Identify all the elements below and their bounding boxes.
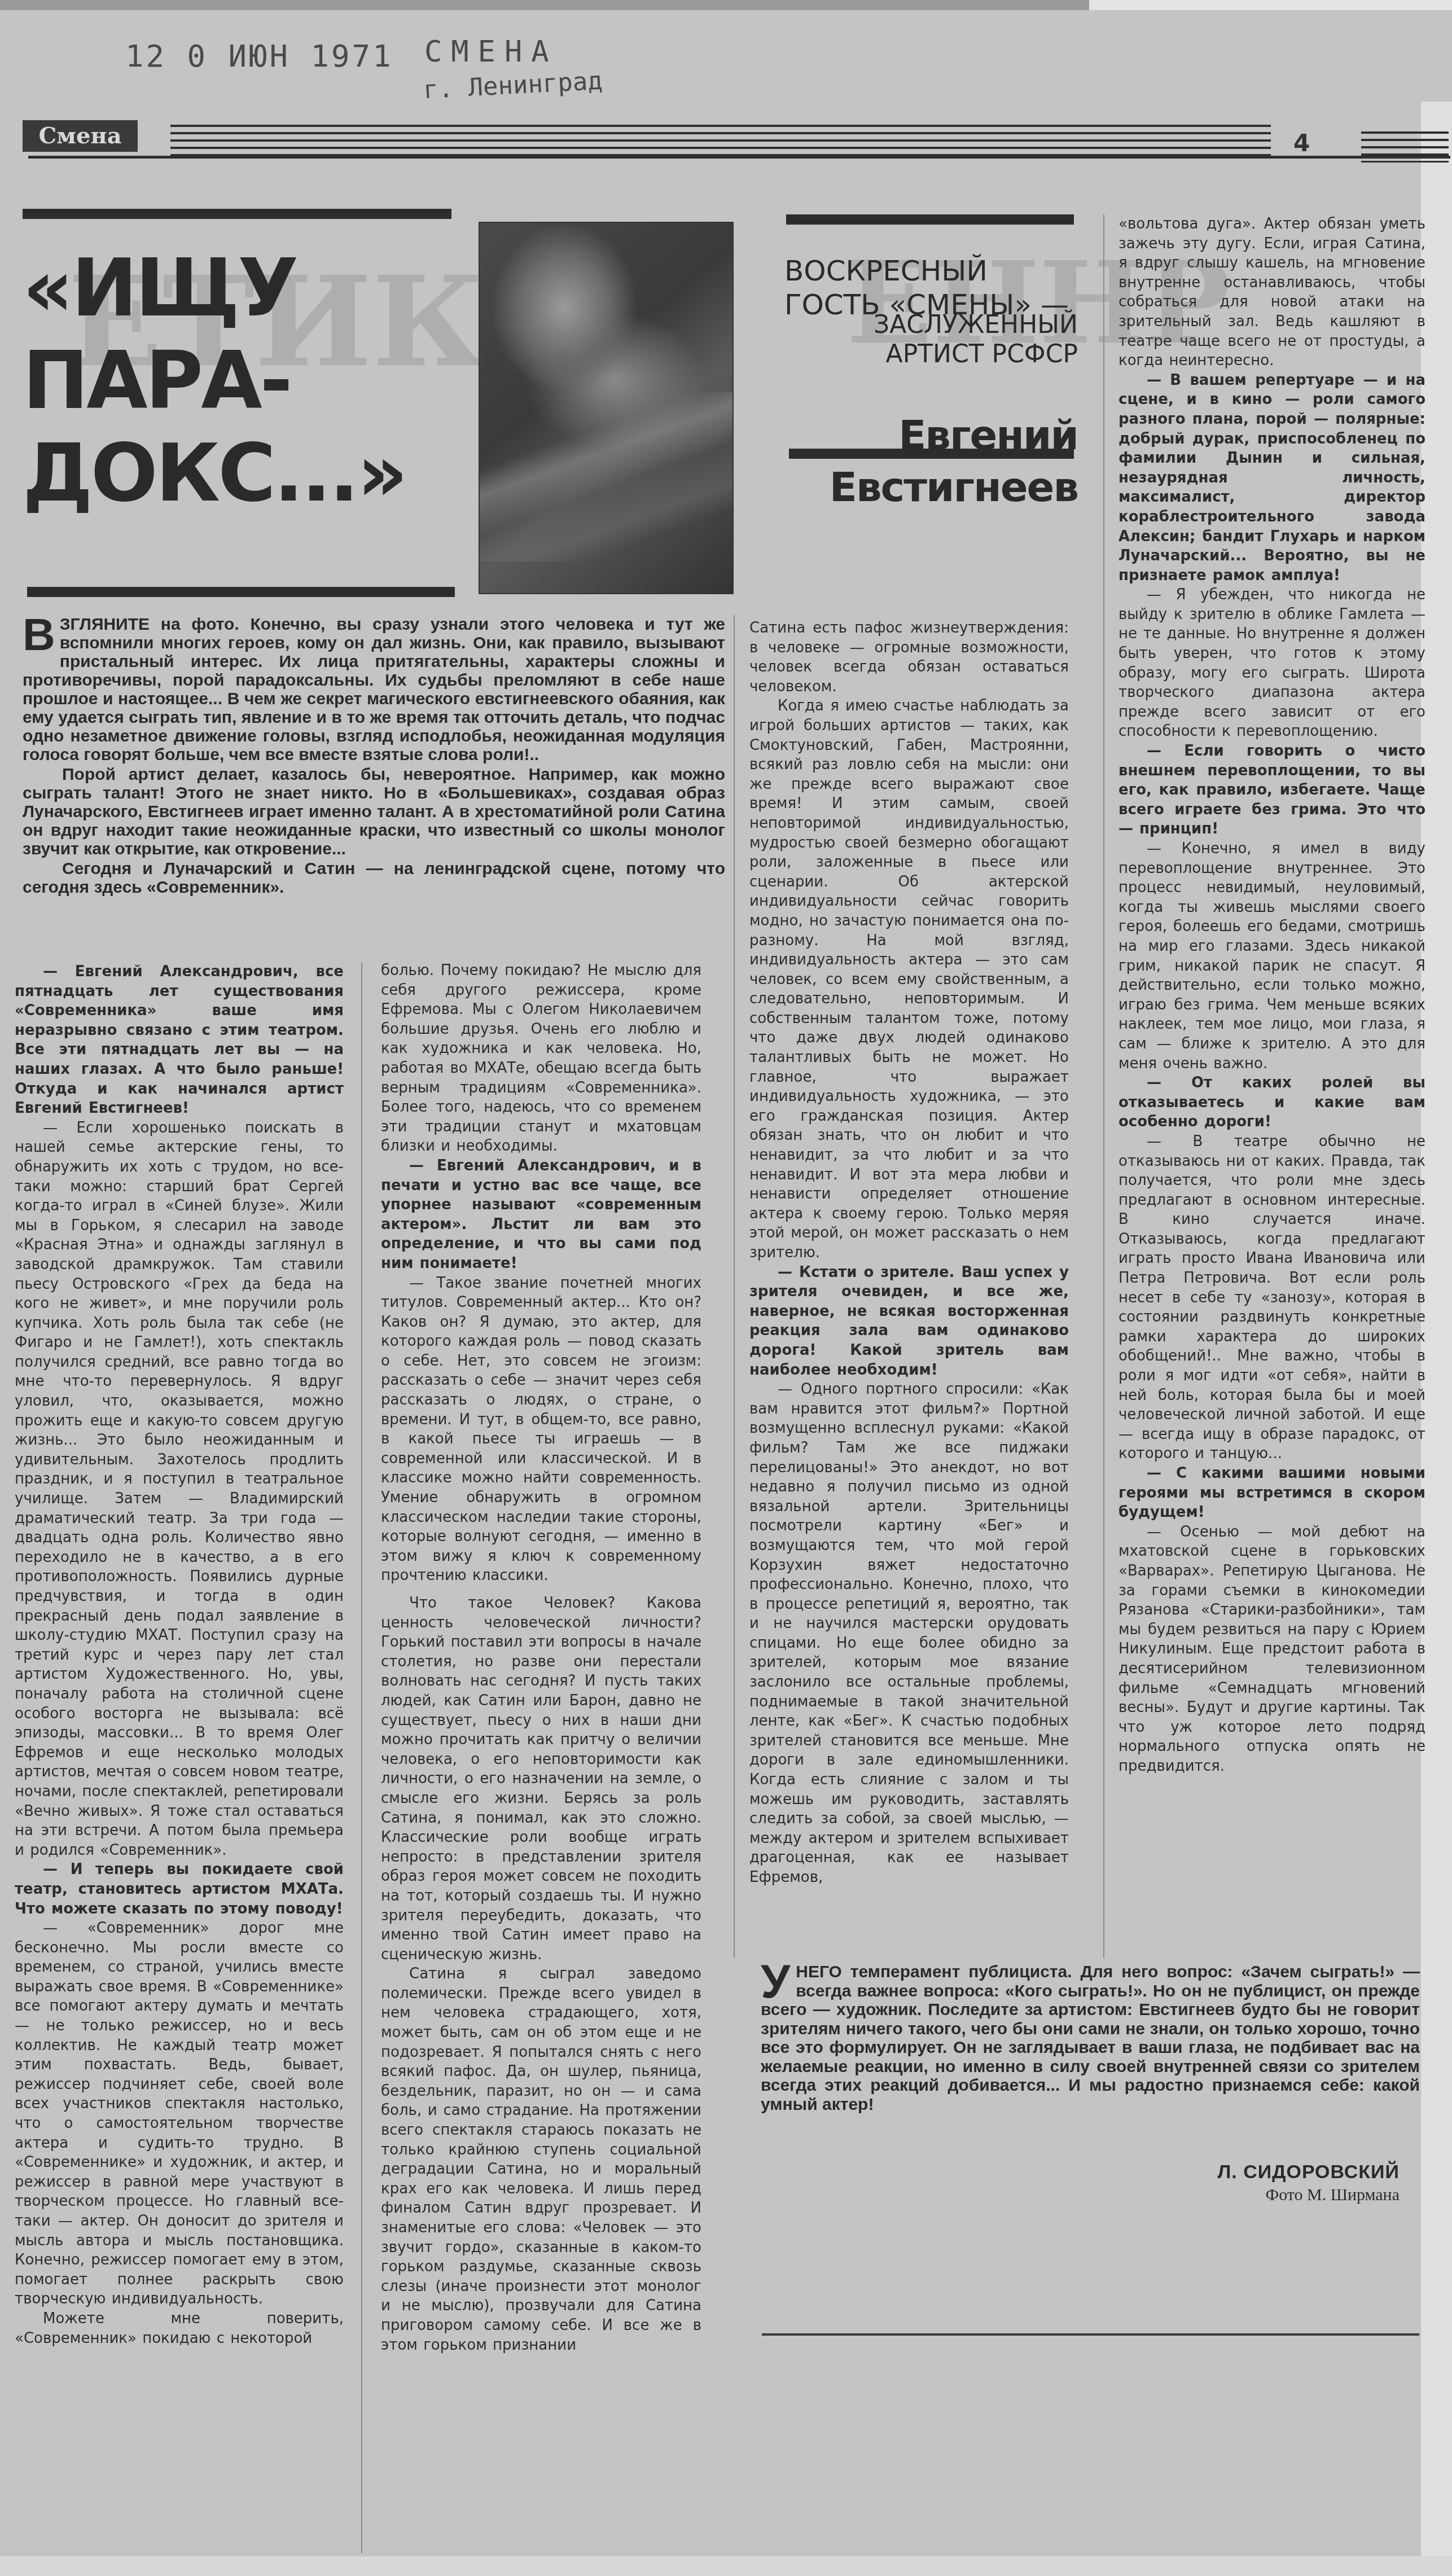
photo-shading [480,392,732,561]
interview-answer: Сатина я сыграл заведомо полемически. Пр… [381,1964,701,2355]
interview-answer: болью. Почему покидаю? Не мыслю для себя… [381,961,701,1156]
guest-name: Евгений Евстигнеев [784,412,1078,510]
conclusion-text: НЕГО темперамент публициста. Для него во… [761,1963,1420,2114]
guest-box-bottom-rule [789,449,1074,459]
interview-question: — Евгений Александрович, и в печати и ус… [381,1156,701,1274]
question-text: — От каких ролей вы отказываетесь и каки… [1118,1074,1425,1130]
archive-newspaper-stamp: СМЕНА [424,35,558,69]
article-intro: ВЗГЛЯНИТЕ на фото. Конечно, вы сразу узн… [23,615,725,898]
interview-answer: — Я убежден, что никогда не выйду к зрит… [1118,585,1425,741]
interview-question: — И теперь вы покидаете свой театр, стан… [15,1860,344,1919]
headline-line: «ИЩУ [23,254,463,324]
scan-top-edge-light [1089,0,1452,10]
intro-paragraph: Порой артист делает, казалось бы, неверо… [23,765,725,858]
interview-question: — С какими вашими новыми героями мы встр… [1118,1464,1425,1522]
scan-bottom-edge [0,2556,1452,2576]
article-headline: «ИЩУ ПАРА- ДОКС...» [23,254,463,509]
interview-answer: — Одного портного спросили: «Как вам нра… [749,1380,1069,1887]
interview-answer: — «Современник» дорог мне бесконечно. Мы… [15,1919,344,2309]
column-divider [361,962,362,2553]
interview-answer: Сатина есть пафос жизнеутверждения: в че… [749,618,1069,696]
interview-answer: — В театре обычно не отказываюсь ни от к… [1118,1132,1425,1464]
intro-paragraph: ВЗГЛЯНИТЕ на фото. Конечно, вы сразу узн… [23,615,725,764]
column-divider [734,615,735,1958]
headline-top-rule [23,209,451,219]
interview-question: — В вашем репертуаре — и на сцене, и в к… [1118,371,1425,586]
article-conclusion: УНЕГО темперамент публициста. Для него в… [761,1963,1420,2114]
interview-question: — Евгений Александрович, все пятнадцать … [15,962,344,1118]
masthead-rule-lines [170,125,1271,160]
article-column-1: — Евгений Александрович, все пятнадцать … [15,962,344,2348]
drop-cap: В [23,615,55,655]
portrait-photo [479,222,734,594]
guest-title: ЗАСЛУЖЕННЫЙ АРТИСТ РСФСР [784,310,1078,369]
headline-line: ДОКС...» [23,439,463,509]
intro-text: ЗГЛЯНИТЕ на фото. Конечно, вы сразу узна… [23,615,725,764]
question-text: — Евгений Александрович, и в печати и ус… [381,1157,701,1272]
scan-top-edge [0,0,1089,10]
article-bottom-rule [762,2333,1419,2336]
question-text: — Кстати о зрителе. Ваш успех у зрителя … [749,1264,1069,1379]
interview-question: — От каких ролей вы отказываетесь и каки… [1118,1073,1425,1132]
article-column-4: «вольтова дуга». Актер обязан уметь заже… [1118,214,1425,1776]
interview-question: — Если говорить о чисто внешнем перевопл… [1118,741,1425,839]
interview-answer: «вольтова дуга». Актер обязан уметь заже… [1118,214,1425,371]
byline: Л. СИДОРОВСКИЙ Фото М. Ширмана [1129,2161,1400,2205]
interview-answer: — Осенью — мой дебют на мхатовской сцене… [1118,1522,1425,1776]
headline-bottom-rule [27,587,455,597]
article-column-2: болью. Почему покидаю? Не мыслю для себя… [381,961,701,2355]
page-number: 4 [1293,129,1310,157]
interview-answer: Когда я имею счастье наблюдать за игрой … [749,696,1069,1262]
newspaper-logo: Смена [23,120,138,152]
scan-right-edge [1421,102,1452,2576]
interview-answer: — Конечно, я имел в виду перевоплощение … [1118,839,1425,1073]
question-text: — Евгений Александрович, все пятнадцать … [15,963,344,1117]
photo-credit: Фото М. Ширмана [1129,2186,1400,2205]
headline-line: ПАРА- [23,346,463,416]
question-text: — С какими вашими новыми героями мы встр… [1118,1465,1425,1521]
interview-answer: — Такое звание почетней многих титулов. … [381,1274,701,1586]
column-divider [1103,214,1104,1958]
archive-date-stamp: 12 0 ИЮН 1971 [125,38,393,74]
guest-box-top-rule [786,214,1074,225]
question-text: — И теперь вы покидаете свой театр, стан… [15,1861,344,1917]
question-text: — Если говорить о чисто внешнем перевопл… [1118,743,1425,837]
drop-cap: У [761,1963,790,2000]
masthead-underline [28,156,1450,159]
interview-answer: — Если хорошенько поискать в нашей семье… [15,1118,344,1860]
guest-last-name: Евстигнеев [784,464,1078,510]
interview-question: — Кстати о зрителе. Ваш успех у зрителя … [749,1263,1069,1380]
article-column-3: Сатина есть пафос жизнеутверждения: в че… [749,618,1069,1888]
author-name: Л. СИДОРОВСКИЙ [1129,2161,1400,2183]
interview-answer: Что такое Человек? Какова ценность челов… [381,1594,701,1964]
page-masthead: Смена 4 [23,120,1450,160]
question-text: — В вашем репертуаре — и на сцене, и в к… [1118,372,1425,584]
intro-paragraph: Сегодня и Луначарский и Сатин — на ленин… [23,859,725,897]
interview-answer: Можете мне поверить, «Современник» покид… [15,2309,344,2348]
